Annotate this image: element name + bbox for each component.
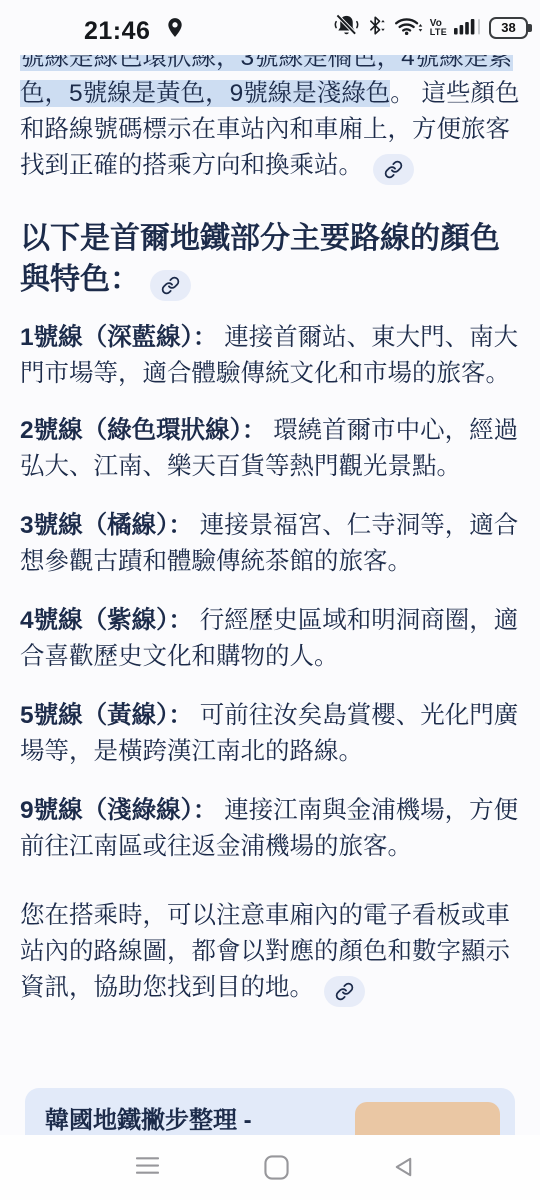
back-triangle-icon: [392, 1155, 415, 1179]
line-item-1: 1號線（深藍線）： 連接首爾站、東大門、南大門市場等，適合體驗傳統文化和市場的旅…: [20, 320, 522, 392]
source-card[interactable]: 韓國地鐵撇步整理 -: [25, 1088, 515, 1140]
status-bar: 21:46: [0, 0, 540, 55]
separator: ：: [168, 702, 199, 729]
phone-screen: 號線是綠色環狀線，3號線是橘色，4號線是紫色，5號線是黃色，9號線是淺綠色。 這…: [0, 0, 540, 1200]
wifi-icon: [393, 14, 423, 42]
chat-answer: 號線是綠色環狀線，3號線是橘色，4號線是紫色，5號線是黃色，9號線是淺綠色。 這…: [20, 0, 522, 1007]
line-title: 3號線（橘線）: [20, 512, 168, 539]
location-pin-icon: [167, 17, 183, 43]
line-item-3: 3號線（橘線）： 連接景福宮、仁寺洞等，適合想參觀古蹟和體驗傳統茶館的旅客。: [20, 508, 522, 580]
clock: 21:46: [84, 17, 150, 46]
line-title: 9號線（淺綠線）: [20, 797, 193, 824]
bluetooth-icon: [367, 15, 386, 41]
separator: ：: [193, 324, 224, 351]
cellular-signal-icon: [454, 15, 482, 40]
menu-button[interactable]: [136, 1155, 159, 1182]
hamburger-icon: [136, 1155, 159, 1177]
line-item-5: 5號線（黃線）： 可前往汝矣島賞櫻、光化門廣場等，是橫跨漢江南北的路線。: [20, 698, 522, 770]
line-item-2: 2號線（綠色環狀線）： 環繞首爾市中心，經過弘大、江南、樂天百貨等熱門觀光景點。: [20, 413, 522, 485]
closing-paragraph: 您在搭乘時，可以注意車廂內的電子看板或車站內的路線圖，都會以對應的顏色和數字顯示…: [20, 898, 522, 1007]
source-card-title: 韓國地鐵撇步整理 -: [45, 1100, 252, 1135]
section-heading: 以下是首爾地鐵部分主要路線的顏色與特色：: [20, 218, 522, 301]
paragraph-line-colors: 號線是綠色環狀線，3號線是橘色，4號線是紫色，5號線是黃色，9號線是淺綠色。 這…: [20, 40, 522, 185]
line-title: 1號線（深藍線）: [20, 324, 193, 351]
link-icon: [384, 160, 403, 179]
back-button[interactable]: [392, 1155, 415, 1184]
paragraph-text: 您在搭乘時，可以注意車廂內的電子看板或車站內的路線圖，都會以對應的顏色和數字顯示…: [20, 902, 510, 1001]
line-item-4: 4號線（紫線）： 行經歷史區域和明洞商圈，適合喜歡歷史文化和購物的人。: [20, 603, 522, 675]
line-title: 2號線（綠色環狀線）: [20, 417, 242, 444]
battery-level: 38: [501, 20, 515, 35]
separator: ：: [242, 417, 273, 444]
volte-icon: Vo LTE: [430, 19, 447, 37]
section-heading-text: 以下是首爾地鐵部分主要路線的顏色與特色：: [20, 222, 500, 296]
separator: ：: [193, 797, 224, 824]
citation-link-button[interactable]: [324, 976, 365, 1007]
separator: ：: [168, 607, 199, 634]
notifications-muted-icon: [333, 14, 360, 42]
link-icon: [161, 276, 180, 295]
line-title: 4號線（紫線）: [20, 607, 168, 634]
home-button[interactable]: [264, 1155, 289, 1185]
battery-icon: 38: [489, 17, 528, 39]
line-item-9: 9號線（淺綠線）： 連接江南與金浦機場，方便前往江南區或往返金浦機場的旅客。: [20, 793, 522, 865]
separator: ：: [168, 512, 199, 539]
line-title: 5號線（黃線）: [20, 702, 168, 729]
home-square-icon: [264, 1155, 289, 1180]
link-icon: [335, 982, 354, 1001]
citation-link-button[interactable]: [373, 154, 414, 185]
citation-link-button[interactable]: [150, 270, 191, 301]
status-icons: Vo LTE 38: [333, 0, 533, 55]
